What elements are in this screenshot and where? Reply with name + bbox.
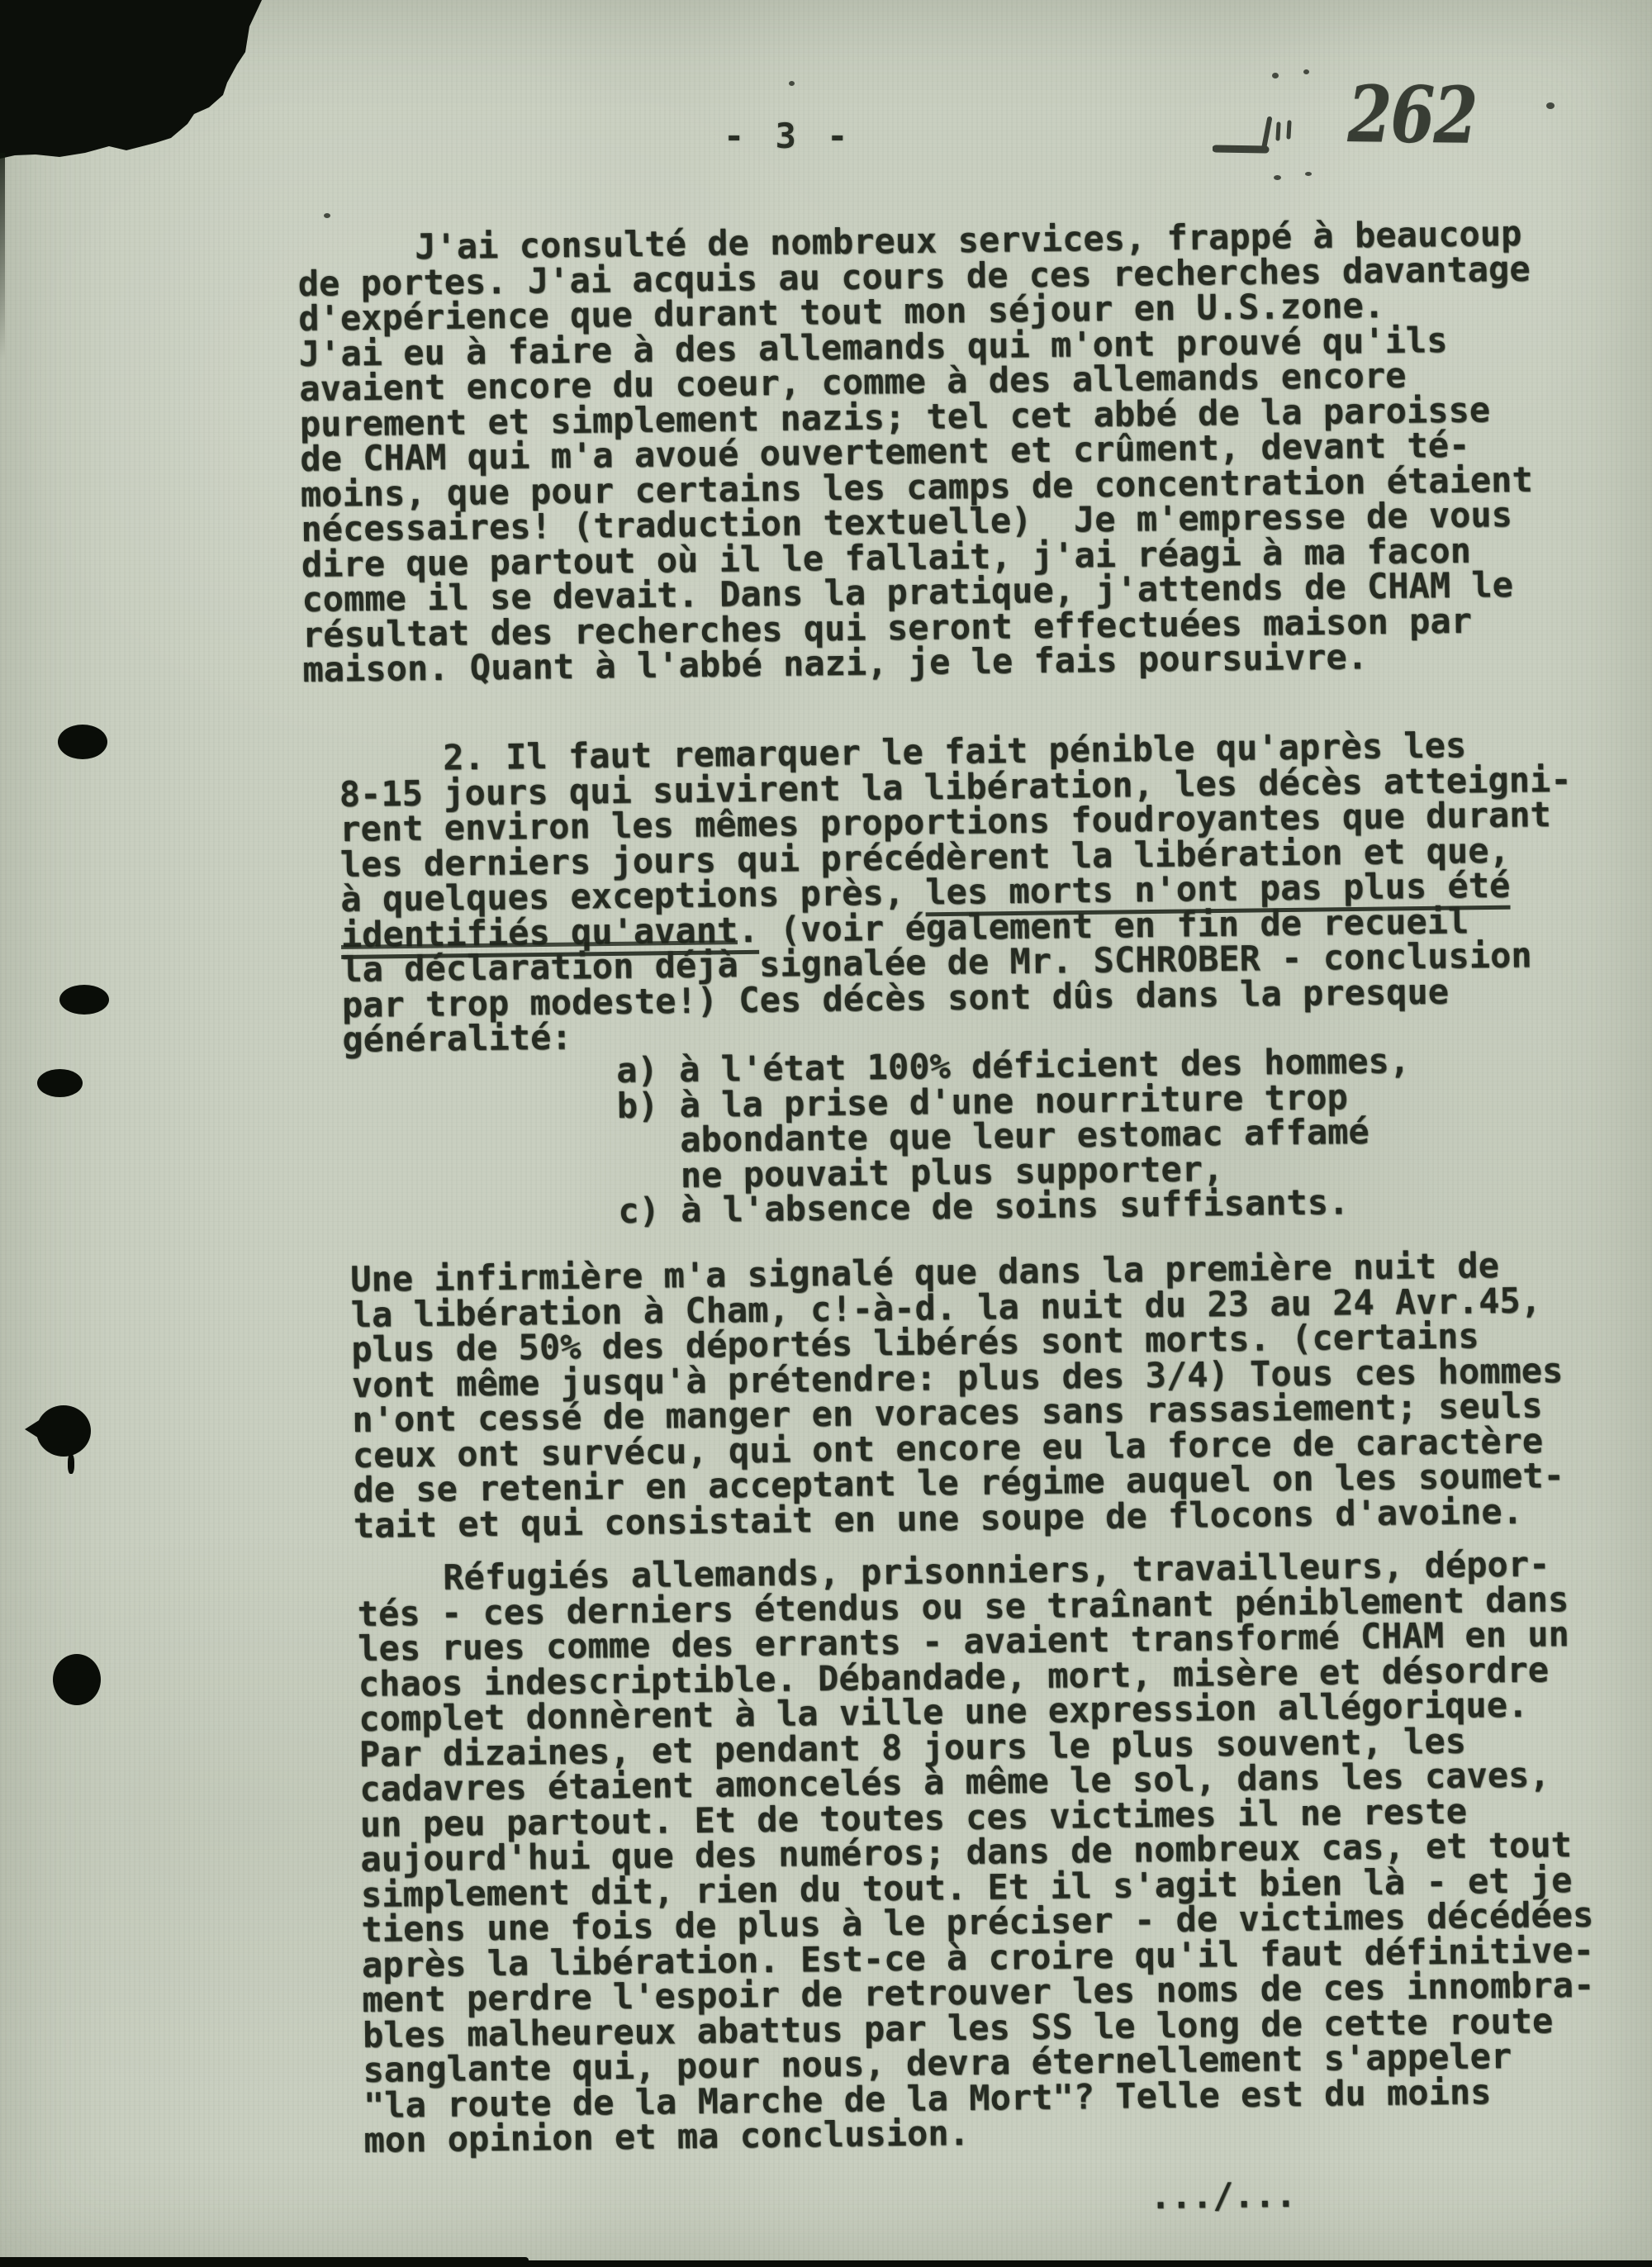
ink-dot [1546,102,1555,109]
torn-corner [0,0,281,165]
punch-hole [37,1069,83,1097]
ink-dot [1274,175,1281,180]
punch-hole [59,985,109,1015]
stamp-number: 262 [1347,69,1477,162]
causes-list: a) à l'état 100% déficient des hommes, b… [616,1043,1412,1229]
scan-edge-bottom [0,2260,1652,2267]
ink-dot [1272,73,1279,78]
paragraph-4: Réfugiés allemands, prisonniers, travail… [357,1547,1597,2159]
ink-dot [324,213,330,218]
ink-dot [1305,172,1312,176]
punch-hole-drip [68,1454,74,1474]
paragraph-3: Une infirmière m'a signalé que dans la p… [350,1248,1565,1543]
page-number: - 3 - [724,117,852,155]
punch-hole [58,725,107,759]
list-item: c) à l'absence de soins suffisants. [618,1184,1412,1229]
punch-hole [36,1405,91,1457]
ink-dot [1303,69,1309,74]
continuation-mark: .../... [1150,2178,1297,2215]
stamp-squiggle-icon [1213,107,1312,159]
paragraph-2: 2. Il faut remarquer le fait pénible qu'… [339,727,1574,1058]
punch-hole [53,1654,101,1705]
punch-hole-notch [25,1418,43,1441]
scan-edge-left [0,153,5,359]
paragraph-1: J'ai consulté de nombreux services, frap… [297,216,1536,688]
scanned-document-page: - 3 - 262 J'ai consulté de nombreux serv… [0,0,1652,2267]
ink-dot [789,81,795,86]
